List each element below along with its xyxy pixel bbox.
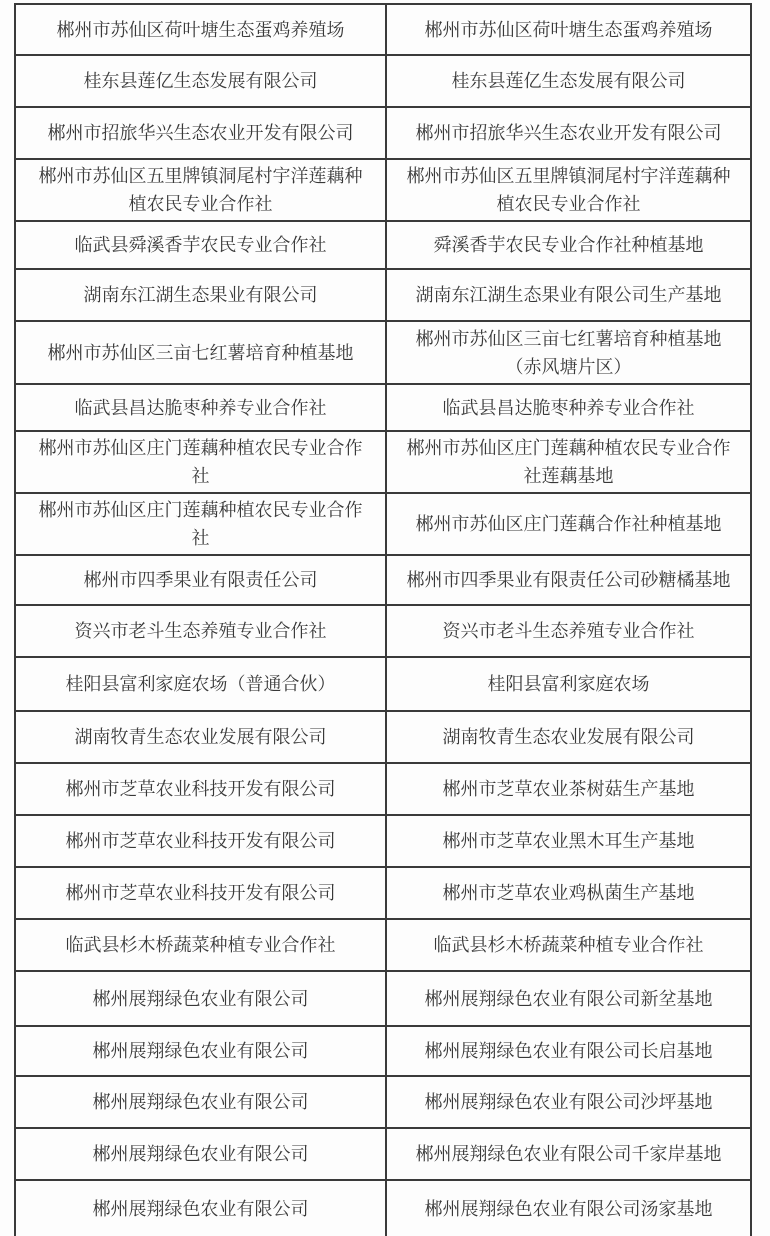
company-cell: 郴州市招旅华兴生态农业开发有限公司 — [15, 107, 386, 159]
table-row: 湖南东江湖生态果业有限公司 湖南东江湖生态果业有限公司生产基地 — [15, 269, 751, 321]
base-cell: 郴州市芝草农业鸡枞菌生产基地 — [386, 867, 751, 919]
table-row: 郴州市招旅华兴生态农业开发有限公司 郴州市招旅华兴生态农业开发有限公司 — [15, 107, 751, 159]
company-cell: 临武县杉木桥蔬菜种植专业合作社 — [15, 919, 386, 971]
base-cell: 湖南牧青生态农业发展有限公司 — [386, 711, 751, 763]
base-cell: 桂东县莲亿生态发展有限公司 — [386, 55, 751, 107]
base-cell: 郴州市苏仙区五里牌镇洞尾村宇洋莲藕种植农民专业合作社 — [386, 159, 751, 221]
table-row: 郴州展翔绿色农业有限公司 郴州展翔绿色农业有限公司汤家基地 — [15, 1180, 751, 1236]
company-cell: 郴州展翔绿色农业有限公司 — [15, 1076, 386, 1128]
base-cell: 舜溪香芋农民专业合作社种植基地 — [386, 221, 751, 269]
company-cell: 桂阳县富利家庭农场（普通合伙） — [15, 657, 386, 711]
table-row: 郴州市四季果业有限责任公司 郴州市四季果业有限责任公司砂糖橘基地 — [15, 555, 751, 605]
base-cell: 郴州展翔绿色农业有限公司新坌基地 — [386, 971, 751, 1026]
company-cell: 郴州展翔绿色农业有限公司 — [15, 971, 386, 1026]
base-cell: 郴州市四季果业有限责任公司砂糖橘基地 — [386, 555, 751, 605]
company-cell: 郴州展翔绿色农业有限公司 — [15, 1128, 386, 1180]
company-cell: 郴州市芝草农业科技开发有限公司 — [15, 815, 386, 867]
company-cell: 郴州市芝草农业科技开发有限公司 — [15, 763, 386, 815]
base-cell: 郴州展翔绿色农业有限公司长启基地 — [386, 1026, 751, 1076]
company-cell: 郴州展翔绿色农业有限公司 — [15, 1180, 386, 1236]
company-cell: 湖南东江湖生态果业有限公司 — [15, 269, 386, 321]
table-row: 桂阳县富利家庭农场（普通合伙） 桂阳县富利家庭农场 — [15, 657, 751, 711]
table-body: 郴州市苏仙区荷叶塘生态蛋鸡养殖场 郴州市苏仙区荷叶塘生态蛋鸡养殖场 桂东县莲亿生… — [15, 4, 751, 1236]
base-cell: 郴州市苏仙区荷叶塘生态蛋鸡养殖场 — [386, 4, 751, 55]
base-cell: 郴州市苏仙区庄门莲藕种植农民专业合作社莲藕基地 — [386, 431, 751, 493]
table-row: 临武县杉木桥蔬菜种植专业合作社 临武县杉木桥蔬菜种植专业合作社 — [15, 919, 751, 971]
table-row: 郴州展翔绿色农业有限公司 郴州展翔绿色农业有限公司千家岸基地 — [15, 1128, 751, 1180]
table-row: 郴州市芝草农业科技开发有限公司 郴州市芝草农业鸡枞菌生产基地 — [15, 867, 751, 919]
table-row: 临武县昌达脆枣种养专业合作社 临武县昌达脆枣种养专业合作社 — [15, 384, 751, 431]
table-row: 桂东县莲亿生态发展有限公司 桂东县莲亿生态发展有限公司 — [15, 55, 751, 107]
company-cell: 郴州市苏仙区三亩七红薯培育种植基地 — [15, 321, 386, 384]
table-row: 郴州市苏仙区三亩七红薯培育种植基地 郴州市苏仙区三亩七红薯培育种植基地（赤风塘片… — [15, 321, 751, 384]
table-row: 郴州展翔绿色农业有限公司 郴州展翔绿色农业有限公司沙坪基地 — [15, 1076, 751, 1128]
table-row: 湖南牧青生态农业发展有限公司 湖南牧青生态农业发展有限公司 — [15, 711, 751, 763]
base-cell: 桂阳县富利家庭农场 — [386, 657, 751, 711]
base-cell: 资兴市老斗生态养殖专业合作社 — [386, 605, 751, 657]
company-cell: 郴州市苏仙区荷叶塘生态蛋鸡养殖场 — [15, 4, 386, 55]
table-row: 郴州展翔绿色农业有限公司 郴州展翔绿色农业有限公司新坌基地 — [15, 971, 751, 1026]
table-row: 郴州市芝草农业科技开发有限公司 郴州市芝草农业黑木耳生产基地 — [15, 815, 751, 867]
company-cell: 郴州市苏仙区庄门莲藕种植农民专业合作社 — [15, 493, 386, 555]
table-row: 郴州市苏仙区庄门莲藕种植农民专业合作社 郴州市苏仙区庄门莲藕合作社种植基地 — [15, 493, 751, 555]
table-row: 郴州市苏仙区五里牌镇洞尾村宇洋莲藕种植农民专业合作社 郴州市苏仙区五里牌镇洞尾村… — [15, 159, 751, 221]
base-cell: 临武县昌达脆枣种养专业合作社 — [386, 384, 751, 431]
base-cell: 郴州展翔绿色农业有限公司千家岸基地 — [386, 1128, 751, 1180]
company-base-table: 郴州市苏仙区荷叶塘生态蛋鸡养殖场 郴州市苏仙区荷叶塘生态蛋鸡养殖场 桂东县莲亿生… — [14, 3, 752, 1236]
company-cell: 临武县昌达脆枣种养专业合作社 — [15, 384, 386, 431]
table-row: 郴州市苏仙区荷叶塘生态蛋鸡养殖场 郴州市苏仙区荷叶塘生态蛋鸡养殖场 — [15, 4, 751, 55]
base-cell: 湖南东江湖生态果业有限公司生产基地 — [386, 269, 751, 321]
company-cell: 湖南牧青生态农业发展有限公司 — [15, 711, 386, 763]
company-cell: 郴州市芝草农业科技开发有限公司 — [15, 867, 386, 919]
document-page: 郴州市苏仙区荷叶塘生态蛋鸡养殖场 郴州市苏仙区荷叶塘生态蛋鸡养殖场 桂东县莲亿生… — [0, 0, 770, 1236]
company-cell: 郴州展翔绿色农业有限公司 — [15, 1026, 386, 1076]
company-cell: 资兴市老斗生态养殖专业合作社 — [15, 605, 386, 657]
base-cell: 郴州展翔绿色农业有限公司汤家基地 — [386, 1180, 751, 1236]
table-row: 郴州市芝草农业科技开发有限公司 郴州市芝草农业茶树菇生产基地 — [15, 763, 751, 815]
base-cell: 郴州市芝草农业黑木耳生产基地 — [386, 815, 751, 867]
company-cell: 桂东县莲亿生态发展有限公司 — [15, 55, 386, 107]
table-row: 郴州市苏仙区庄门莲藕种植农民专业合作社 郴州市苏仙区庄门莲藕种植农民专业合作社莲… — [15, 431, 751, 493]
company-cell: 郴州市苏仙区五里牌镇洞尾村宇洋莲藕种植农民专业合作社 — [15, 159, 386, 221]
base-cell: 郴州市招旅华兴生态农业开发有限公司 — [386, 107, 751, 159]
company-cell: 郴州市四季果业有限责任公司 — [15, 555, 386, 605]
base-cell: 临武县杉木桥蔬菜种植专业合作社 — [386, 919, 751, 971]
base-cell: 郴州市苏仙区庄门莲藕合作社种植基地 — [386, 493, 751, 555]
company-cell: 郴州市苏仙区庄门莲藕种植农民专业合作社 — [15, 431, 386, 493]
base-cell: 郴州展翔绿色农业有限公司沙坪基地 — [386, 1076, 751, 1128]
base-cell: 郴州市芝草农业茶树菇生产基地 — [386, 763, 751, 815]
table-row: 资兴市老斗生态养殖专业合作社 资兴市老斗生态养殖专业合作社 — [15, 605, 751, 657]
base-cell: 郴州市苏仙区三亩七红薯培育种植基地（赤风塘片区） — [386, 321, 751, 384]
table-row: 临武县舜溪香芋农民专业合作社 舜溪香芋农民专业合作社种植基地 — [15, 221, 751, 269]
company-cell: 临武县舜溪香芋农民专业合作社 — [15, 221, 386, 269]
table-row: 郴州展翔绿色农业有限公司 郴州展翔绿色农业有限公司长启基地 — [15, 1026, 751, 1076]
